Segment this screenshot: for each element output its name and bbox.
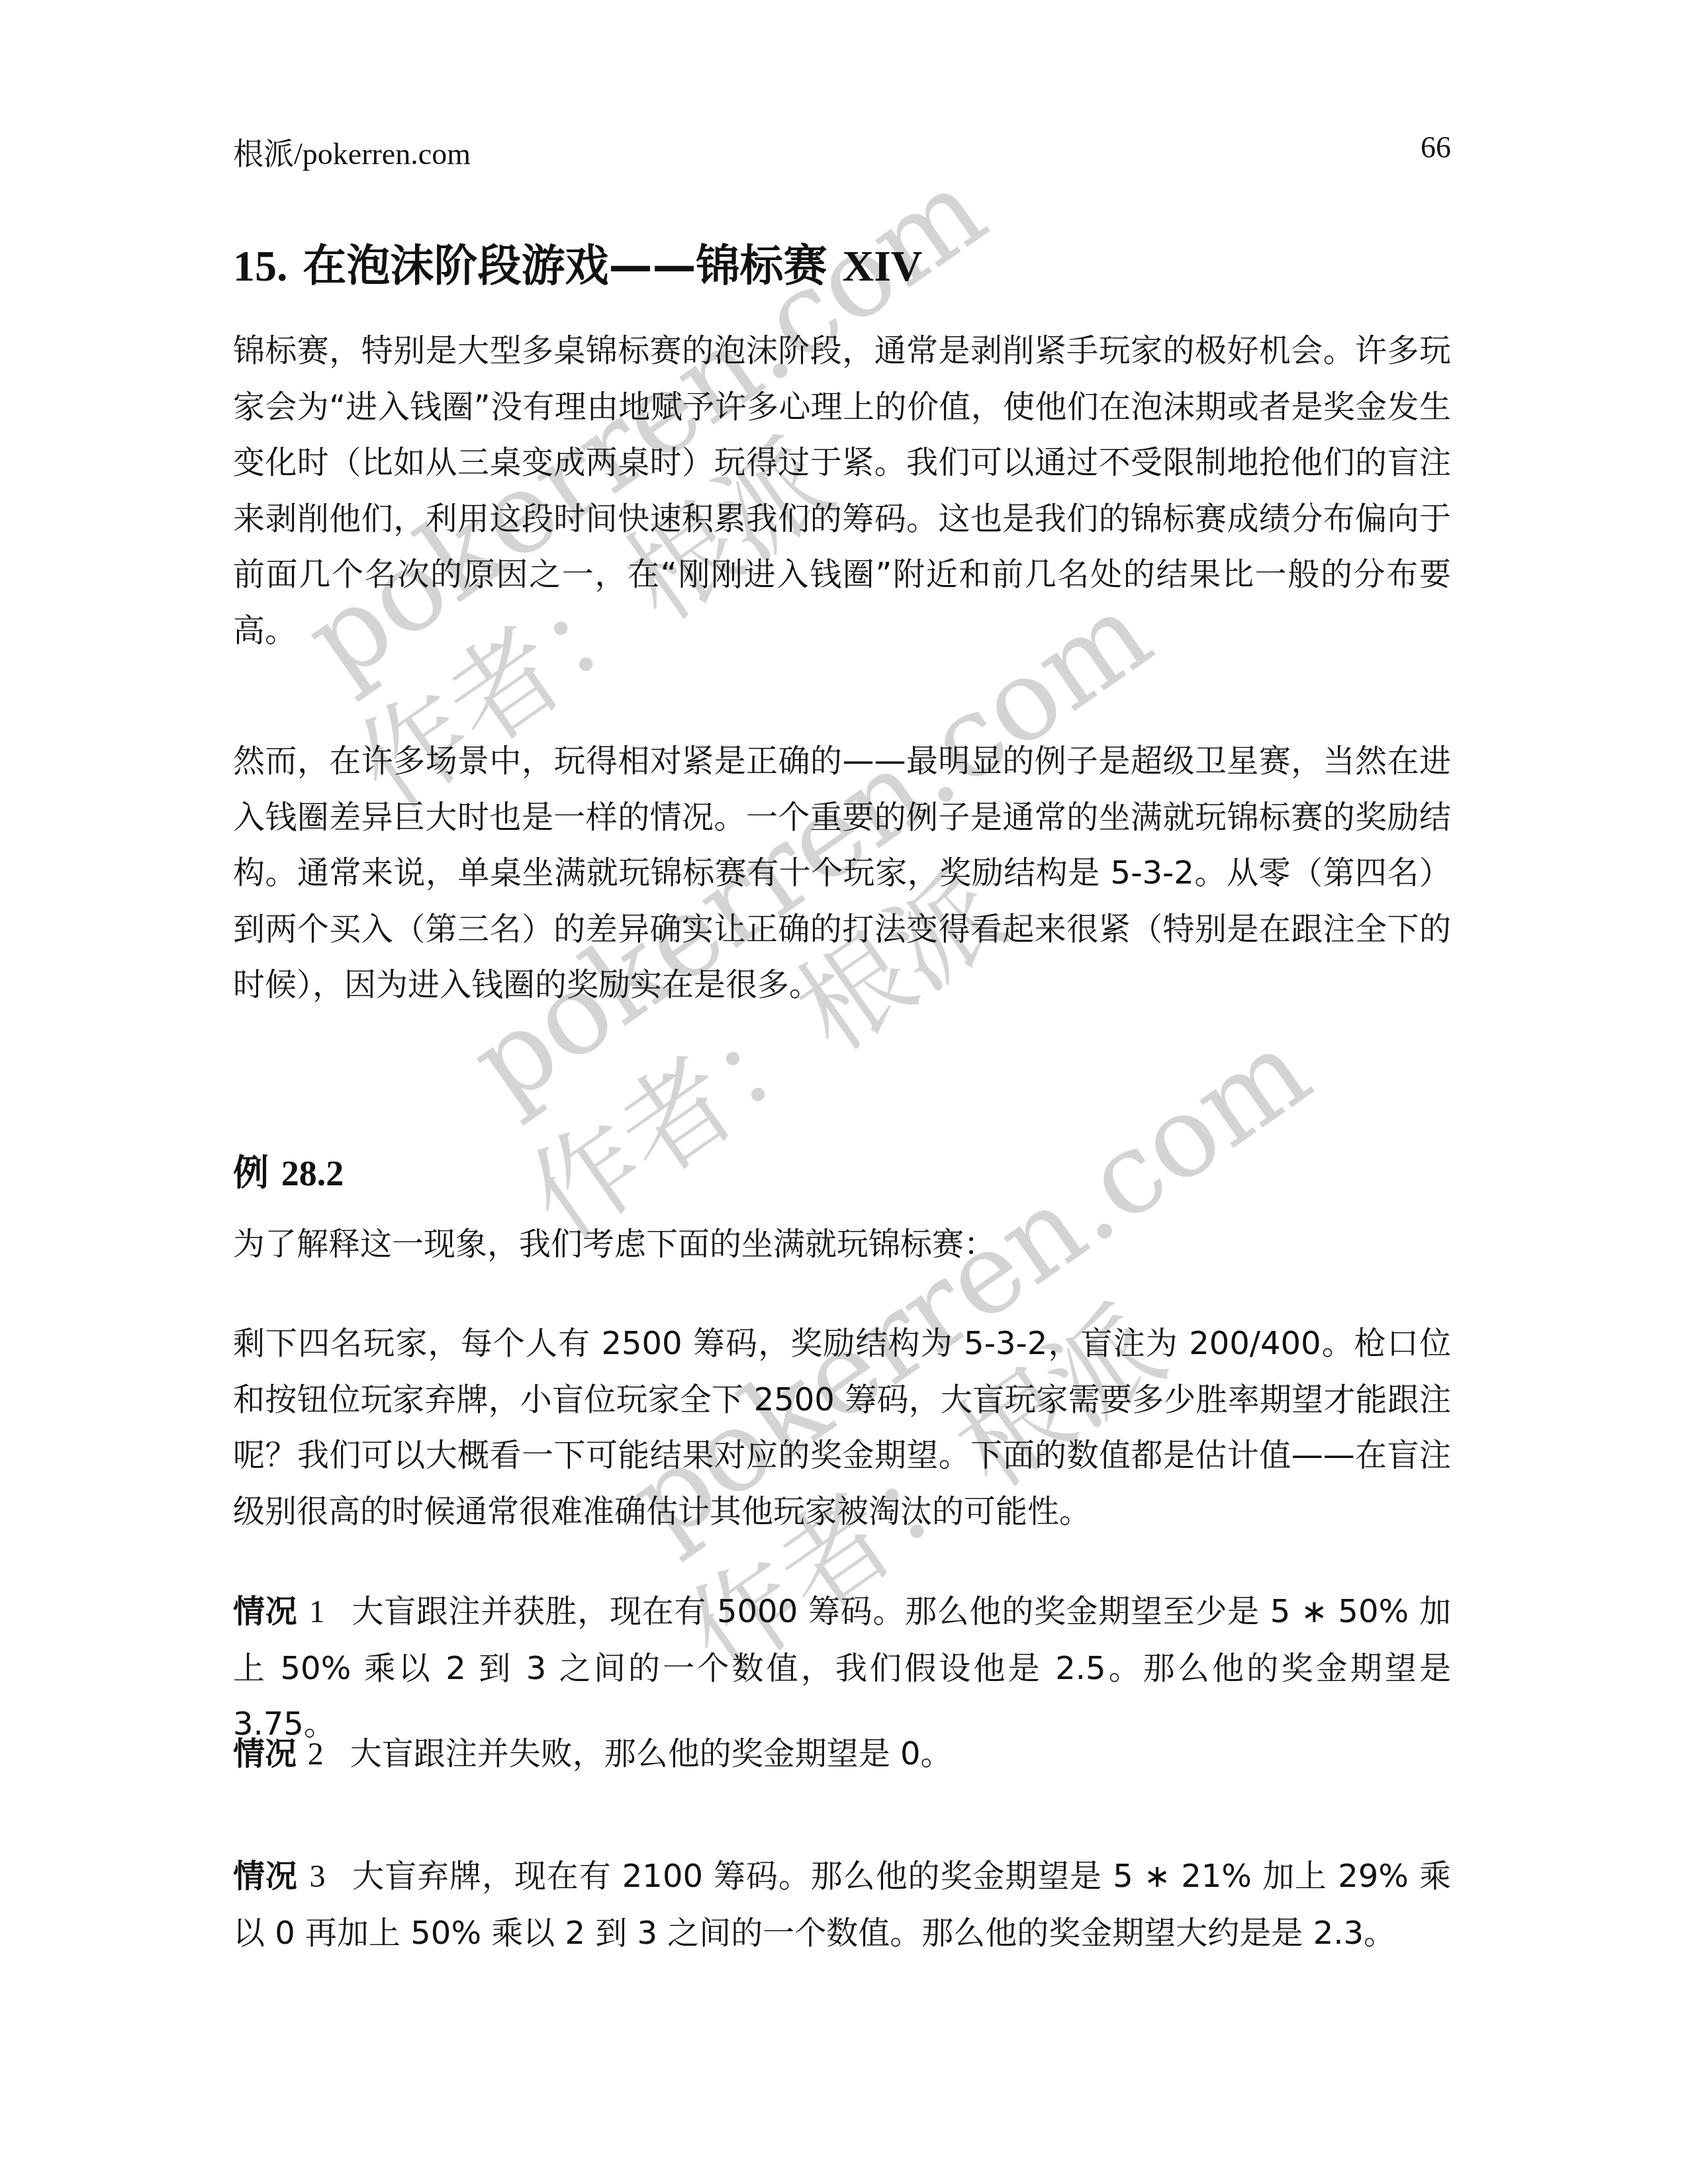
case-2-label: 情况 2 (233, 1735, 324, 1772)
example-intro: 为了解释这一现象，我们考虑下面的坐满就玩锦标赛： (233, 1216, 1451, 1273)
example-number: 28.2 (281, 1154, 344, 1193)
document-page: pokerren.com 作者：根派 pokerren.com 作者：根派 po… (0, 0, 1688, 2184)
case-3-label: 情况 3 (233, 1858, 325, 1895)
case-3-text: 大盲弃牌，现在有 2100 筹码。那么他的奖金期望是 5 ∗ 21% 加上 29… (233, 1858, 1451, 1952)
example-heading: 例 28.2 (233, 1145, 344, 1196)
paragraph-1: 锦标赛，特别是大型多桌锦标赛的泡沫阶段，通常是剥削紧手玩家的极好机会。许多玩家会… (233, 323, 1451, 659)
paragraph-1-block: 锦标赛，特别是大型多桌锦标赛的泡沫阶段，通常是剥削紧手玩家的极好机会。许多玩家会… (233, 323, 1451, 659)
page-number: 66 (1421, 130, 1451, 173)
case-2-text: 大盲跟注并失败，那么他的奖金期望是 0。 (350, 1735, 953, 1772)
example-intro-block: 为了解释这一现象，我们考虑下面的坐满就玩锦标赛： (233, 1216, 1451, 1273)
case-3: 情况 3大盲弃牌，现在有 2100 筹码。那么他的奖金期望是 5 ∗ 21% 加… (233, 1848, 1451, 1961)
running-title: 根派/pokerren.com (233, 130, 471, 173)
case-1-label: 情况 1 (233, 1593, 325, 1630)
chapter-number: 15. (233, 242, 288, 291)
example-setup-block: 剩下四名玩家，每个人有 2500 筹码，奖励结构为 5-3-2，盲注为 200/… (233, 1316, 1451, 1539)
running-header: 根派/pokerren.com 66 (233, 130, 1451, 173)
chapter-title: 15. 在泡沫阶段游戏——锦标赛 XIV (233, 230, 922, 293)
example-setup: 剩下四名玩家，每个人有 2500 筹码，奖励结构为 5-3-2，盲注为 200/… (233, 1316, 1451, 1539)
paragraph-2: 然而，在许多场景中，玩得相对紧是正确的——最明显的例子是超级卫星赛，当然在进入钱… (233, 733, 1451, 1013)
case-1-text: 大盲跟注并获胜，现在有 5000 筹码。那么他的奖金期望至少是 5 ∗ 50% … (233, 1593, 1451, 1743)
case-2: 情况 2大盲跟注并失败，那么他的奖金期望是 0。 (233, 1726, 1451, 1783)
chapter-roman-suffix: XIV (842, 242, 922, 291)
example-label: 例 (233, 1152, 269, 1194)
chapter-title-text: 在泡沫阶段游戏——锦标赛 (303, 240, 827, 291)
paragraph-2-block: 然而，在许多场景中，玩得相对紧是正确的——最明显的例子是超级卫星赛，当然在进入钱… (233, 733, 1451, 1013)
